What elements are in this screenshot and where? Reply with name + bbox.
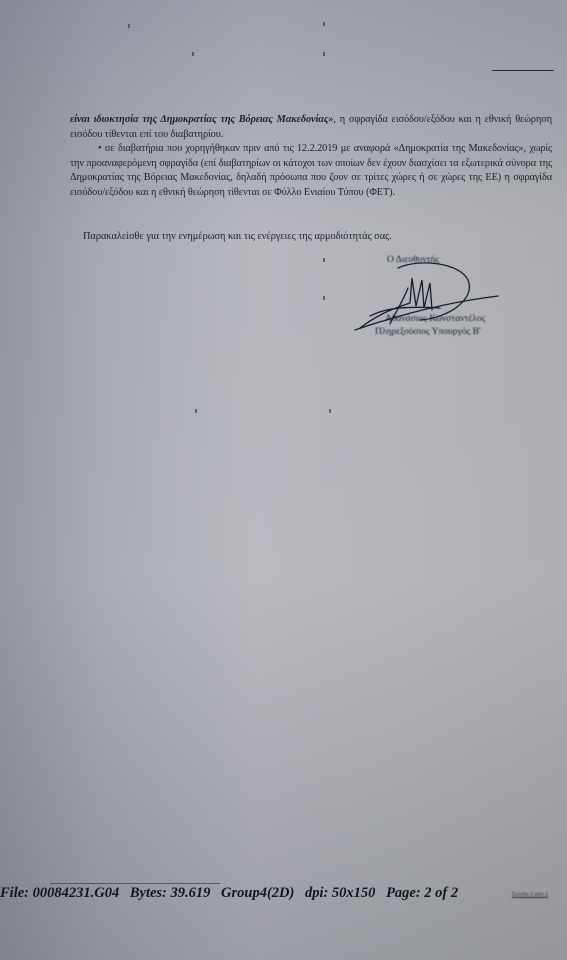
fax-bytes: Bytes: 39.619 — [130, 885, 211, 901]
fax-compression: Group4(2D) — [221, 885, 294, 901]
fax-file: File: 00084231.G04 — [0, 885, 119, 901]
scan-speck — [195, 409, 197, 413]
page-note: Σελίδα 2 από 2 — [512, 892, 548, 898]
footer-rule — [50, 883, 220, 884]
scan-speck — [323, 258, 325, 262]
letter-body: είναι ιδιοκτησία της Δημοκρατίας της Βόρ… — [70, 113, 552, 200]
fax-page: Page: 2 of 2 — [386, 885, 458, 901]
header-rule — [492, 70, 554, 71]
scan-speck — [323, 52, 325, 56]
fax-footer: File: 00084231.G04 Bytes: 39.619 Group4(… — [0, 885, 567, 905]
scan-speck — [329, 409, 331, 413]
italic-lead: είναι ιδιοκτησία της Δημοκρατίας της Βόρ… — [70, 114, 333, 125]
handwritten-signature-icon — [350, 258, 500, 338]
scan-speck — [192, 52, 194, 56]
fax-dpi: dpi: 50x150 — [305, 885, 375, 901]
closing-line: Παρακαλείσθε για την ενημέρωση και τις ε… — [83, 231, 392, 242]
paragraph-1: είναι ιδιοκτησία της Δημοκρατίας της Βόρ… — [70, 113, 552, 142]
paragraph-2: • σε διαβατήρια που χορηγήθηκαν πριν από… — [70, 142, 552, 200]
scan-speck — [323, 296, 325, 300]
scan-speck — [323, 22, 325, 26]
scan-speck — [128, 24, 130, 28]
